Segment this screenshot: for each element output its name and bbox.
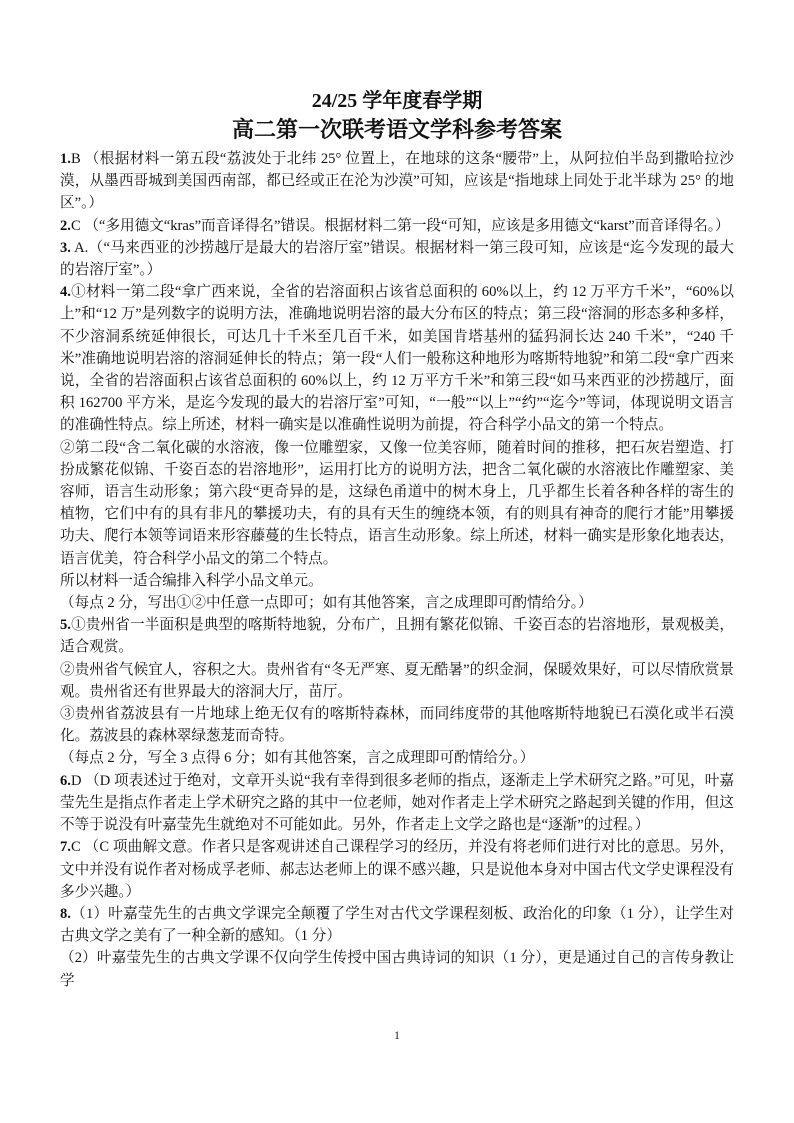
paragraph-text: （1）叶嘉莹先生的古典文学课完全颠覆了学生对古代文学课程刻板、政治化的印象（1 … [60,906,734,944]
answer-paragraph: 3. A.（“马来西亚的沙捞越厅是最大的岩溶厅室”错误。根据材料一第三段可知，应… [60,237,734,281]
answer-paragraph: 4.①材料一第二段“拿广西来说，全省的岩溶面积占该省总面积的 60%以上，约 1… [60,281,734,436]
document-title-line2: 高二第一次联考语文学科参考答案 [0,115,794,144]
answer-paragraph: （2）叶嘉莹先生的古典文学课不仅向学生传授中国古典诗词的知识（1 分），更是通过… [60,947,734,991]
question-number: 2. [60,218,71,234]
question-number: 5. [60,617,71,633]
paragraph-text: D （D 项表述过于绝对，文章开头说“我有幸得到很多老师的指点，逐渐走上学术研究… [60,773,734,833]
question-number: 3. [60,240,71,256]
answer-paragraphs: 1.B （根据材料一第五段“荔波处于北纬 25° 位置上，在地球的这条“腰带”上… [60,148,734,992]
question-number: 4. [60,284,71,300]
document-header: 24/25 学年度春学期 高二第一次联考语文学科参考答案 [0,0,794,144]
question-number: 8. [60,906,71,922]
paragraph-text: ②第二段“含二氧化碳的水溶液，像一位雕塑家，又像一位美容师，随着时间的推移，把石… [60,440,734,567]
paragraph-text: 所以材料一适合编排入科学小品文单元。 [60,573,323,589]
paragraph-text: ①材料一第二段“拿广西来说，全省的岩溶面积占该省总面积的 60%以上，约 12 … [60,284,734,433]
answer-paragraph: （每点 2 分，写出①②中任意一点即可；如有其他答案，言之成理即可酌情给分。） [60,592,734,614]
question-number: 1. [60,151,71,167]
answer-paragraph: 6.D （D 项表述过于绝对，文章开头说“我有幸得到很多老师的指点，逐渐走上学术… [60,770,734,837]
answer-paragraph: 1.B （根据材料一第五段“荔波处于北纬 25° 位置上，在地球的这条“腰带”上… [60,148,734,215]
question-number: 6. [60,773,71,789]
page-number: 1 [0,1028,794,1043]
answer-paragraph: 8.（1）叶嘉莹先生的古典文学课完全颠覆了学生对古代文学课程刻板、政治化的印象（… [60,903,734,947]
paragraph-text: B （根据材料一第五段“荔波处于北纬 25° 位置上，在地球的这条“腰带”上，从… [60,151,734,211]
answer-paragraph: 5.①贵州省一半面积是典型的喀斯特地貌，分布广，且拥有繁花似锦、千姿百态的岩溶地… [60,614,734,658]
answer-paragraph: ②贵州省气候宜人，容积之大。贵州省有“冬无严寒、夏无酷暑”的织金洞，保暖效果好，… [60,659,734,703]
answer-paragraph: （每点 2 分，写全 3 点得 6 分；如有其他答案，言之成理即可酌情给分。） [60,747,734,769]
paragraph-text: ③贵州省荔波县有一片地球上绝无仅有的喀斯特森林，而同纬度带的其他喀斯特地貌已石漠… [60,706,734,744]
answer-paragraph: 所以材料一适合编排入科学小品文单元。 [60,570,734,592]
question-number: 7. [60,839,71,855]
answer-paragraph: 7.C （C 项曲解文意。作者只是客观讲述自己课程学习的经历，并没有将老师们进行… [60,836,734,903]
document-title-line1: 24/25 学年度春学期 [0,88,794,115]
paragraph-text: （2）叶嘉莹先生的古典文学课不仅向学生传授中国古典诗词的知识（1 分），更是通过… [60,950,734,988]
paragraph-text: ②贵州省气候宜人，容积之大。贵州省有“冬无严寒、夏无酷暑”的织金洞，保暖效果好，… [60,662,734,700]
answer-paragraph: 2.C （“多用德文“kras”而音译得名”错误。根据材料二第一段“可知，应该是… [60,215,734,237]
document-page: 24/25 学年度春学期 高二第一次联考语文学科参考答案 1.B （根据材料一第… [0,0,794,1123]
paragraph-text: （每点 2 分，写全 3 点得 6 分；如有其他答案，言之成理即可酌情给分。） [60,750,534,766]
paragraph-text: A.（“马来西亚的沙捞越厅是最大的岩溶厅室”错误。根据材料一第三段可知，应该是“… [60,240,734,278]
answer-paragraph: ③贵州省荔波县有一片地球上绝无仅有的喀斯特森林，而同纬度带的其他喀斯特地貌已石漠… [60,703,734,747]
paragraph-text: C （C 项曲解文意。作者只是客观讲述自己课程学习的经历，并没有将老师们进行对比… [60,839,734,899]
paragraph-text: C （“多用德文“kras”而音译得名”错误。根据材料二第一段“可知，应该是多用… [71,218,730,234]
answer-paragraph: ②第二段“含二氧化碳的水溶液，像一位雕塑家，又像一位美容师，随着时间的推移，把石… [60,437,734,570]
paragraph-text: ①贵州省一半面积是典型的喀斯特地貌，分布广，且拥有繁花似锦、千姿百态的岩溶地形，… [60,617,734,655]
paragraph-text: （每点 2 分，写出①②中任意一点即可；如有其他答案，言之成理即可酌情给分。） [60,595,593,611]
